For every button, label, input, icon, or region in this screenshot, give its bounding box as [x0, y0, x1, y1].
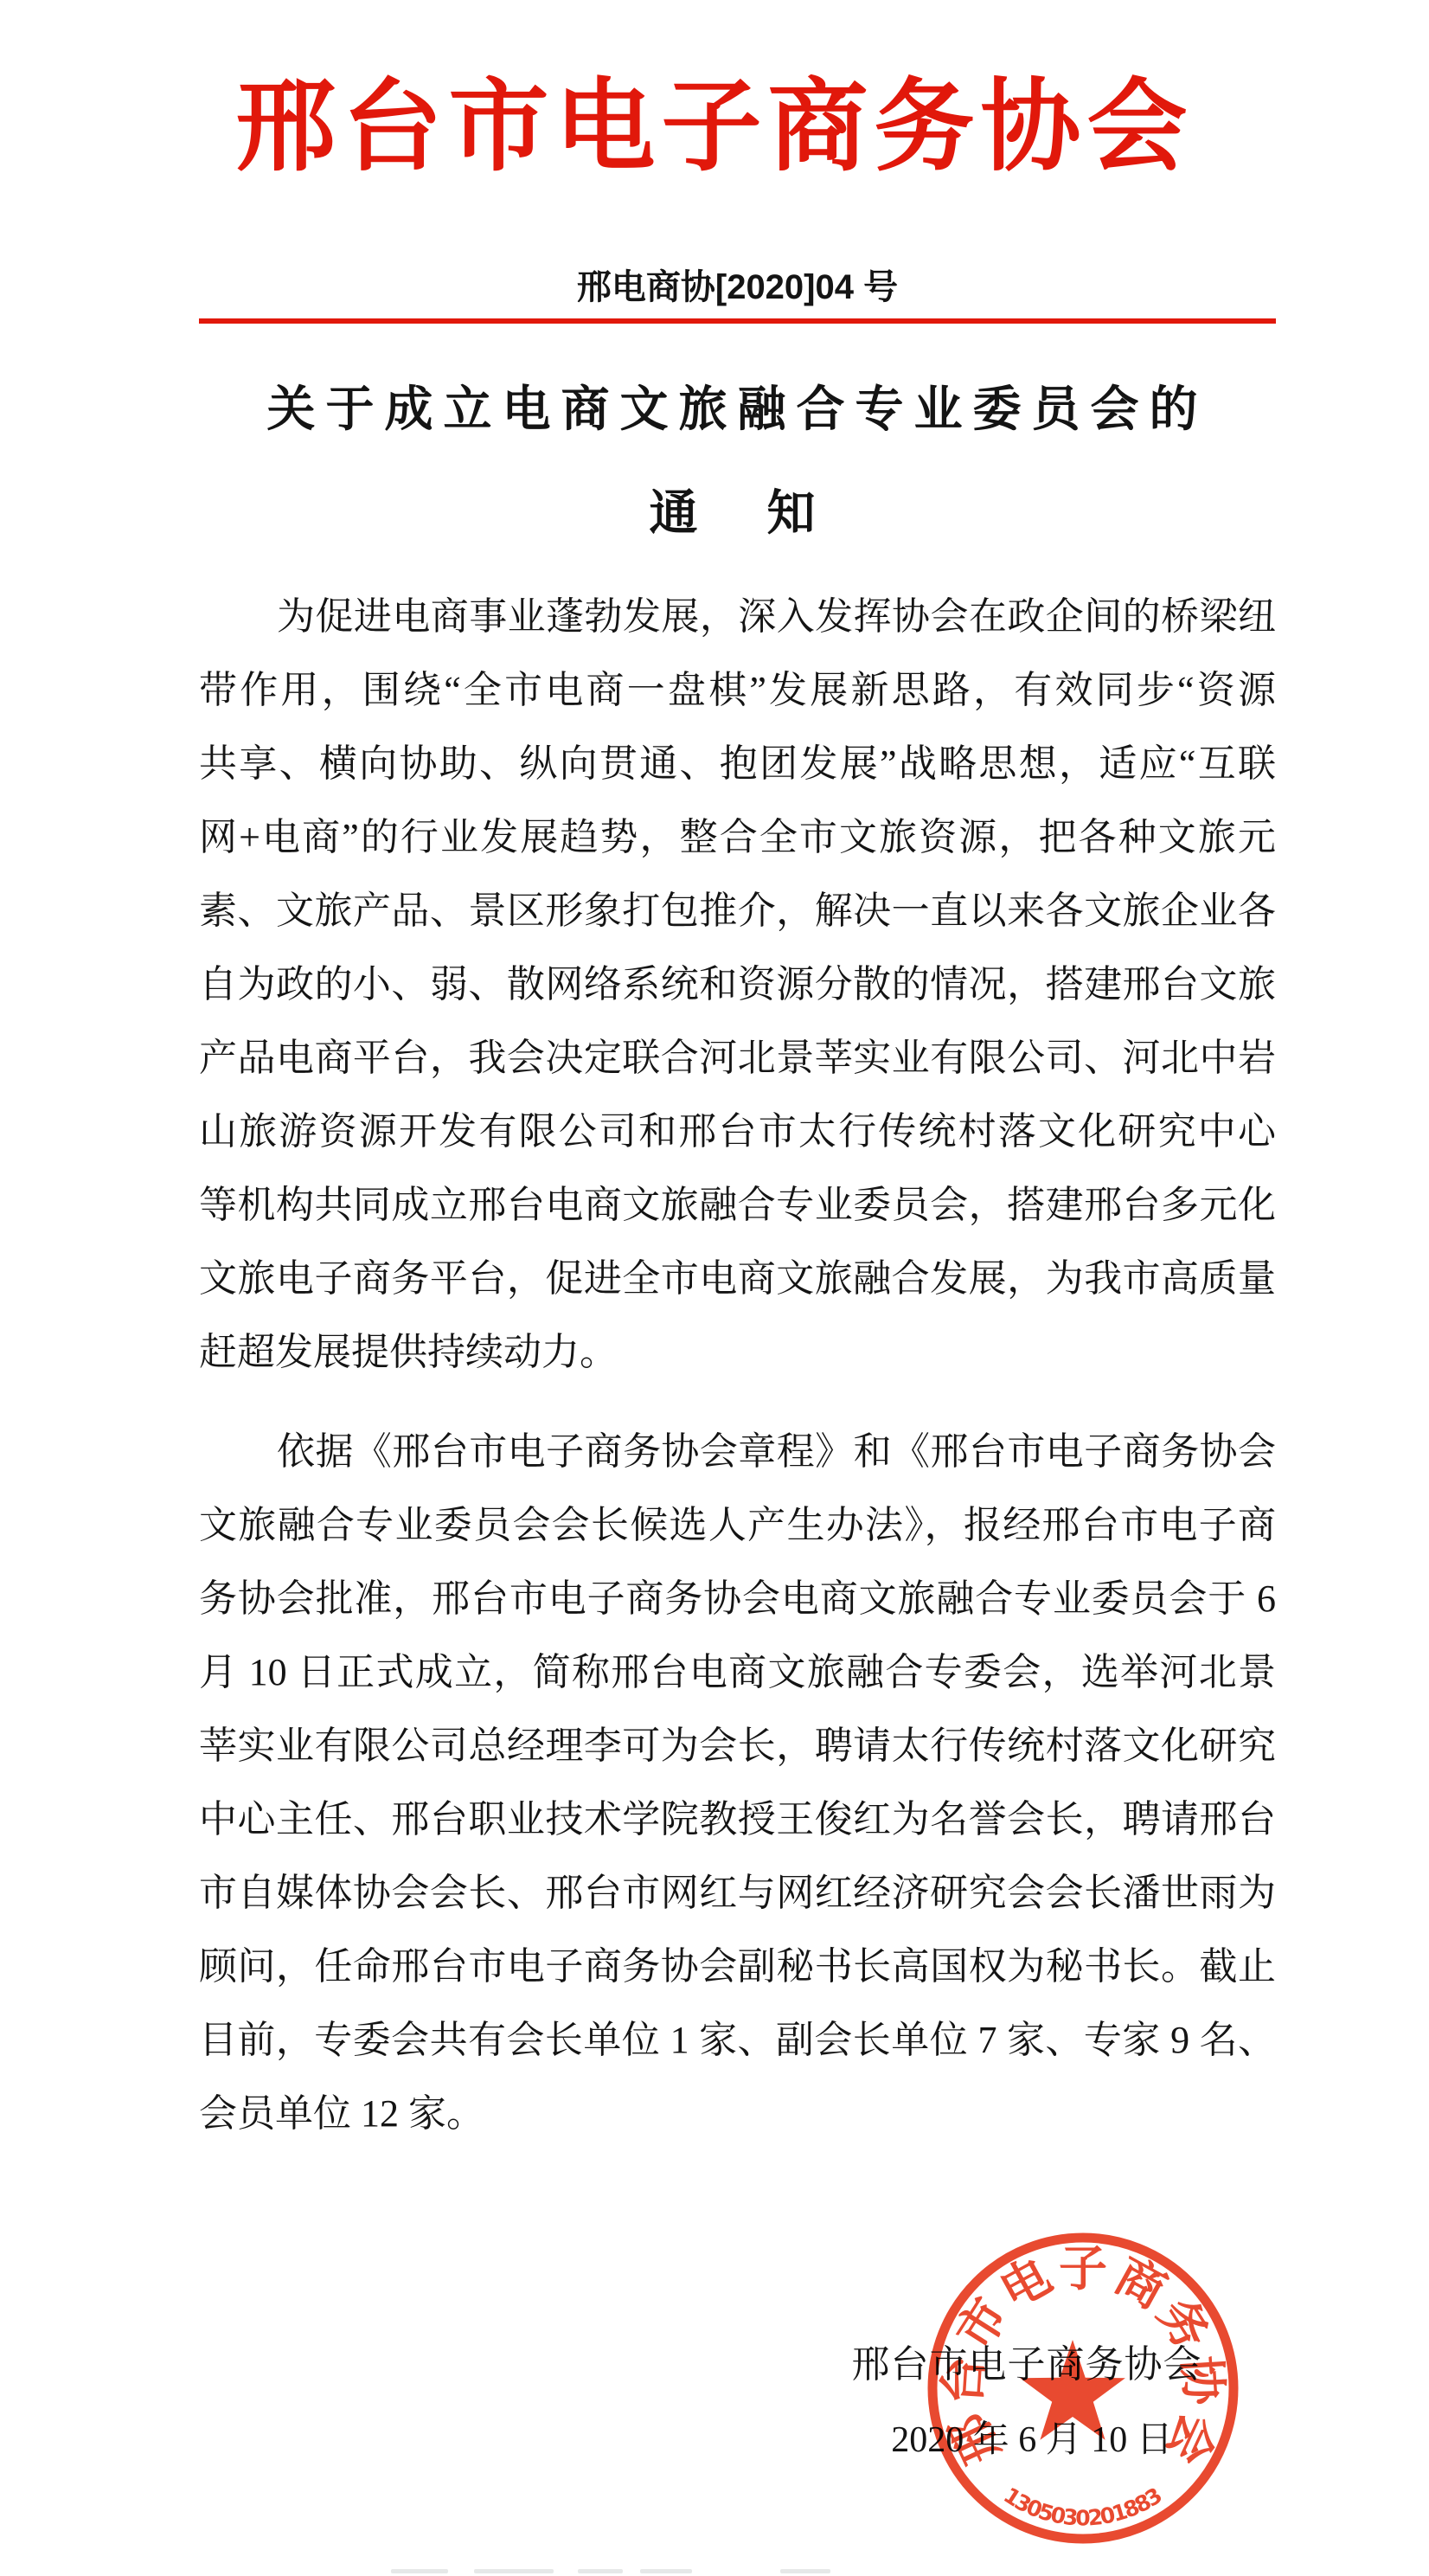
- cutoff-text-artifact: [391, 2569, 448, 2573]
- body-paragraph: 为促进电商事业蓬勃发展，深入发挥协会在政企间的桥梁纽带作用，围绕“全市电商一盘棋…: [199, 580, 1276, 1389]
- body-line: 产品电商平台，我会决定联合河北景莘实业有限公司、河北中岩: [199, 1021, 1276, 1095]
- body-line: 素、文旅产品、景区形象打包推介，解决一直以来各文旅企业各: [199, 874, 1276, 948]
- seal-arc-char: 协: [1173, 2354, 1230, 2408]
- body-line: 带作用，围绕“全市电商一盘棋”发展新思路，有效同步“资源: [199, 653, 1276, 727]
- masthead-title: 邢台市电子商务协会: [0, 73, 1429, 185]
- official-seal: 邢台市电子商务协会 1305030201883: [910, 2215, 1256, 2561]
- body-line: 市自媒体协会会长、邢台市网红与网红经济研究会会长潘世雨为: [199, 1856, 1276, 1930]
- seal-arc-char: 台: [937, 2354, 993, 2406]
- notice-title-line1: 关于成立电商文旅融合专业委员会的: [199, 382, 1276, 436]
- cutoff-text-artifact: [780, 2569, 830, 2573]
- body-line: 顾问，任命邢台市电子商务协会副秘书长高国权为秘书长。截止: [199, 1930, 1276, 2003]
- body-line: 为促进电商事业蓬勃发展，深入发挥协会在政企间的桥梁纽: [199, 580, 1276, 653]
- document-number: 邢电商协[2020]04 号: [199, 260, 1276, 309]
- body-line: 务协会批准，邢台市电子商务协会电商文旅融合专业委员会于 6: [199, 1562, 1276, 1635]
- cutoff-text-artifact: [474, 2569, 554, 2573]
- body-line: 中心主任、邢台职业技术学院教授王俊红为名誉会长，聘请邢台: [199, 1783, 1276, 1856]
- body-line: 山旅游资源开发有限公司和邢台市太行传统村落文化研究中心: [199, 1095, 1276, 1168]
- body-line: 自为政的小、弱、散网络系统和资源分散的情况，搭建邢台文旅: [199, 948, 1276, 1021]
- seal-arc-char: 子: [1059, 2243, 1107, 2297]
- document-body: 为促进电商事业蓬勃发展，深入发挥协会在政企间的桥梁纽带作用，围绕“全市电商一盘棋…: [199, 580, 1276, 2150]
- cutoff-text-artifact: [640, 2569, 692, 2573]
- body-line: 网+电商”的行业发展趋势，整合全市文旅资源，把各种文旅元: [199, 800, 1276, 874]
- cutoff-text-artifact: [578, 2569, 623, 2573]
- body-paragraph: 依据《邢台市电子商务协会章程》和《邢台市电子商务协会文旅融合专业委员会会长候选人…: [199, 1415, 1276, 2150]
- body-line: 依据《邢台市电子商务协会章程》和《邢台市电子商务协会: [199, 1415, 1276, 1488]
- body-line: 月 10 日正式成立，简称邢台电商文旅融合专委会，选举河北景: [199, 1635, 1276, 1709]
- body-line: 赶超发展提供持续动力。: [199, 1315, 1276, 1389]
- red-divider-rule: [199, 318, 1276, 324]
- seal-star-icon: [1020, 2340, 1125, 2440]
- body-line: 文旅电子商务平台，促进全市电商文旅融合发展，为我市高质量: [199, 1242, 1276, 1315]
- body-line: 目前，专委会共有会长单位 1 家、副会长单位 7 家、专家 9 名、: [199, 2003, 1276, 2077]
- body-line: 等机构共同成立邢台电商文旅融合专业委员会，搭建邢台多元化: [199, 1168, 1276, 1242]
- body-line: 莘实业有限公司总经理李可为会长，聘请太行传统村落文化研究: [199, 1709, 1276, 1783]
- notice-title-line2: 通 知: [199, 486, 1276, 540]
- body-line: 共享、横向协助、纵向贯通、抱团发展”战略思想，适应“互联: [199, 727, 1276, 800]
- body-line: 文旅融合专业委员会会长候选人产生办法》，报经邢台市电子商: [199, 1488, 1276, 1562]
- document-page: 邢台市电子商务协会 邢电商协[2020]04 号 关于成立电商文旅融合专业委员会…: [0, 0, 1429, 2576]
- body-line: 会员单位 12 家。: [199, 2077, 1276, 2150]
